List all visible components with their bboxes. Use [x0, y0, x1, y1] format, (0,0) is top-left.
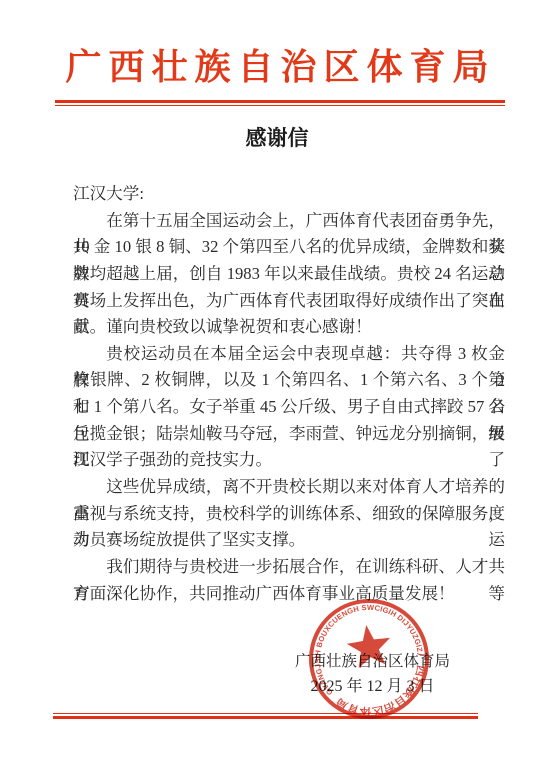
body-line: 方面深化协作，共同推动广西体育事业高质量发展！	[73, 581, 505, 608]
footer-rule	[53, 713, 478, 719]
signature-date: 2025 年 12 月 3 日	[280, 678, 465, 696]
body-line: 数均超越上届，创自 1983 年以来最佳战绩。贵校 24 名运动员在	[73, 261, 505, 288]
body-line: 重视与系统支持，贵校科学的训练体系、细致的保障服务，为运	[73, 501, 505, 528]
body-line-salutation: 江汉大学:	[73, 181, 505, 208]
body-line: 我们期待与贵校进一步拓展合作，在训练科研、人才共育等	[73, 554, 505, 581]
signature-block: 广西壮族自治区体育局 2025 年 12 月 3 日	[280, 653, 465, 696]
body-line: 这些优异成绩，离不开贵校长期以来对体育人才培养的高度	[73, 474, 505, 501]
body-line: 10 金 10 银 8 铜、32 个第四至八名的优异成绩，金牌数和奖牌总	[73, 234, 505, 261]
letterhead-rule	[55, 100, 505, 106]
body-line: 在第十五届全国运动会上，广西体育代表团奋勇争先，共获	[73, 208, 505, 235]
body-line: 献。谨向贵校致以诚挚祝贺和衷心感谢！	[73, 314, 505, 341]
body-line: 枚银牌、2 枚铜牌，以及 1 个第四名、1 个第六名、3 个第七名	[73, 367, 505, 394]
body-line: 和 1 个第八名。女子举重 45 公斤级、男子自由式摔跤 57 公斤级	[73, 394, 505, 421]
body-line: 包揽金银；陆崇灿鞍马夺冠，李雨萱、钟远龙分别摘铜，展现了	[73, 421, 505, 448]
letter-title: 感谢信	[0, 124, 554, 152]
body-line: 赛场上发挥出色，为广西体育代表团取得好成绩作出了突出贡	[73, 288, 505, 315]
letter-body: 江汉大学: 在第十五届全国运动会上，广西体育代表团奋勇争先，共获 10 金 10…	[73, 181, 505, 607]
letter-page: 广西壮族自治区体育局 感谢信 江汉大学: 在第十五届全国运动会上，广西体育代表团…	[0, 0, 554, 783]
body-line: 贵校运动员在本届全运会中表现卓越：共夺得 3 枚金牌、2	[73, 341, 505, 368]
letterhead-org-name: 广西壮族自治区体育局	[0, 44, 554, 90]
signature-org: 广西壮族自治区体育局	[280, 653, 465, 671]
